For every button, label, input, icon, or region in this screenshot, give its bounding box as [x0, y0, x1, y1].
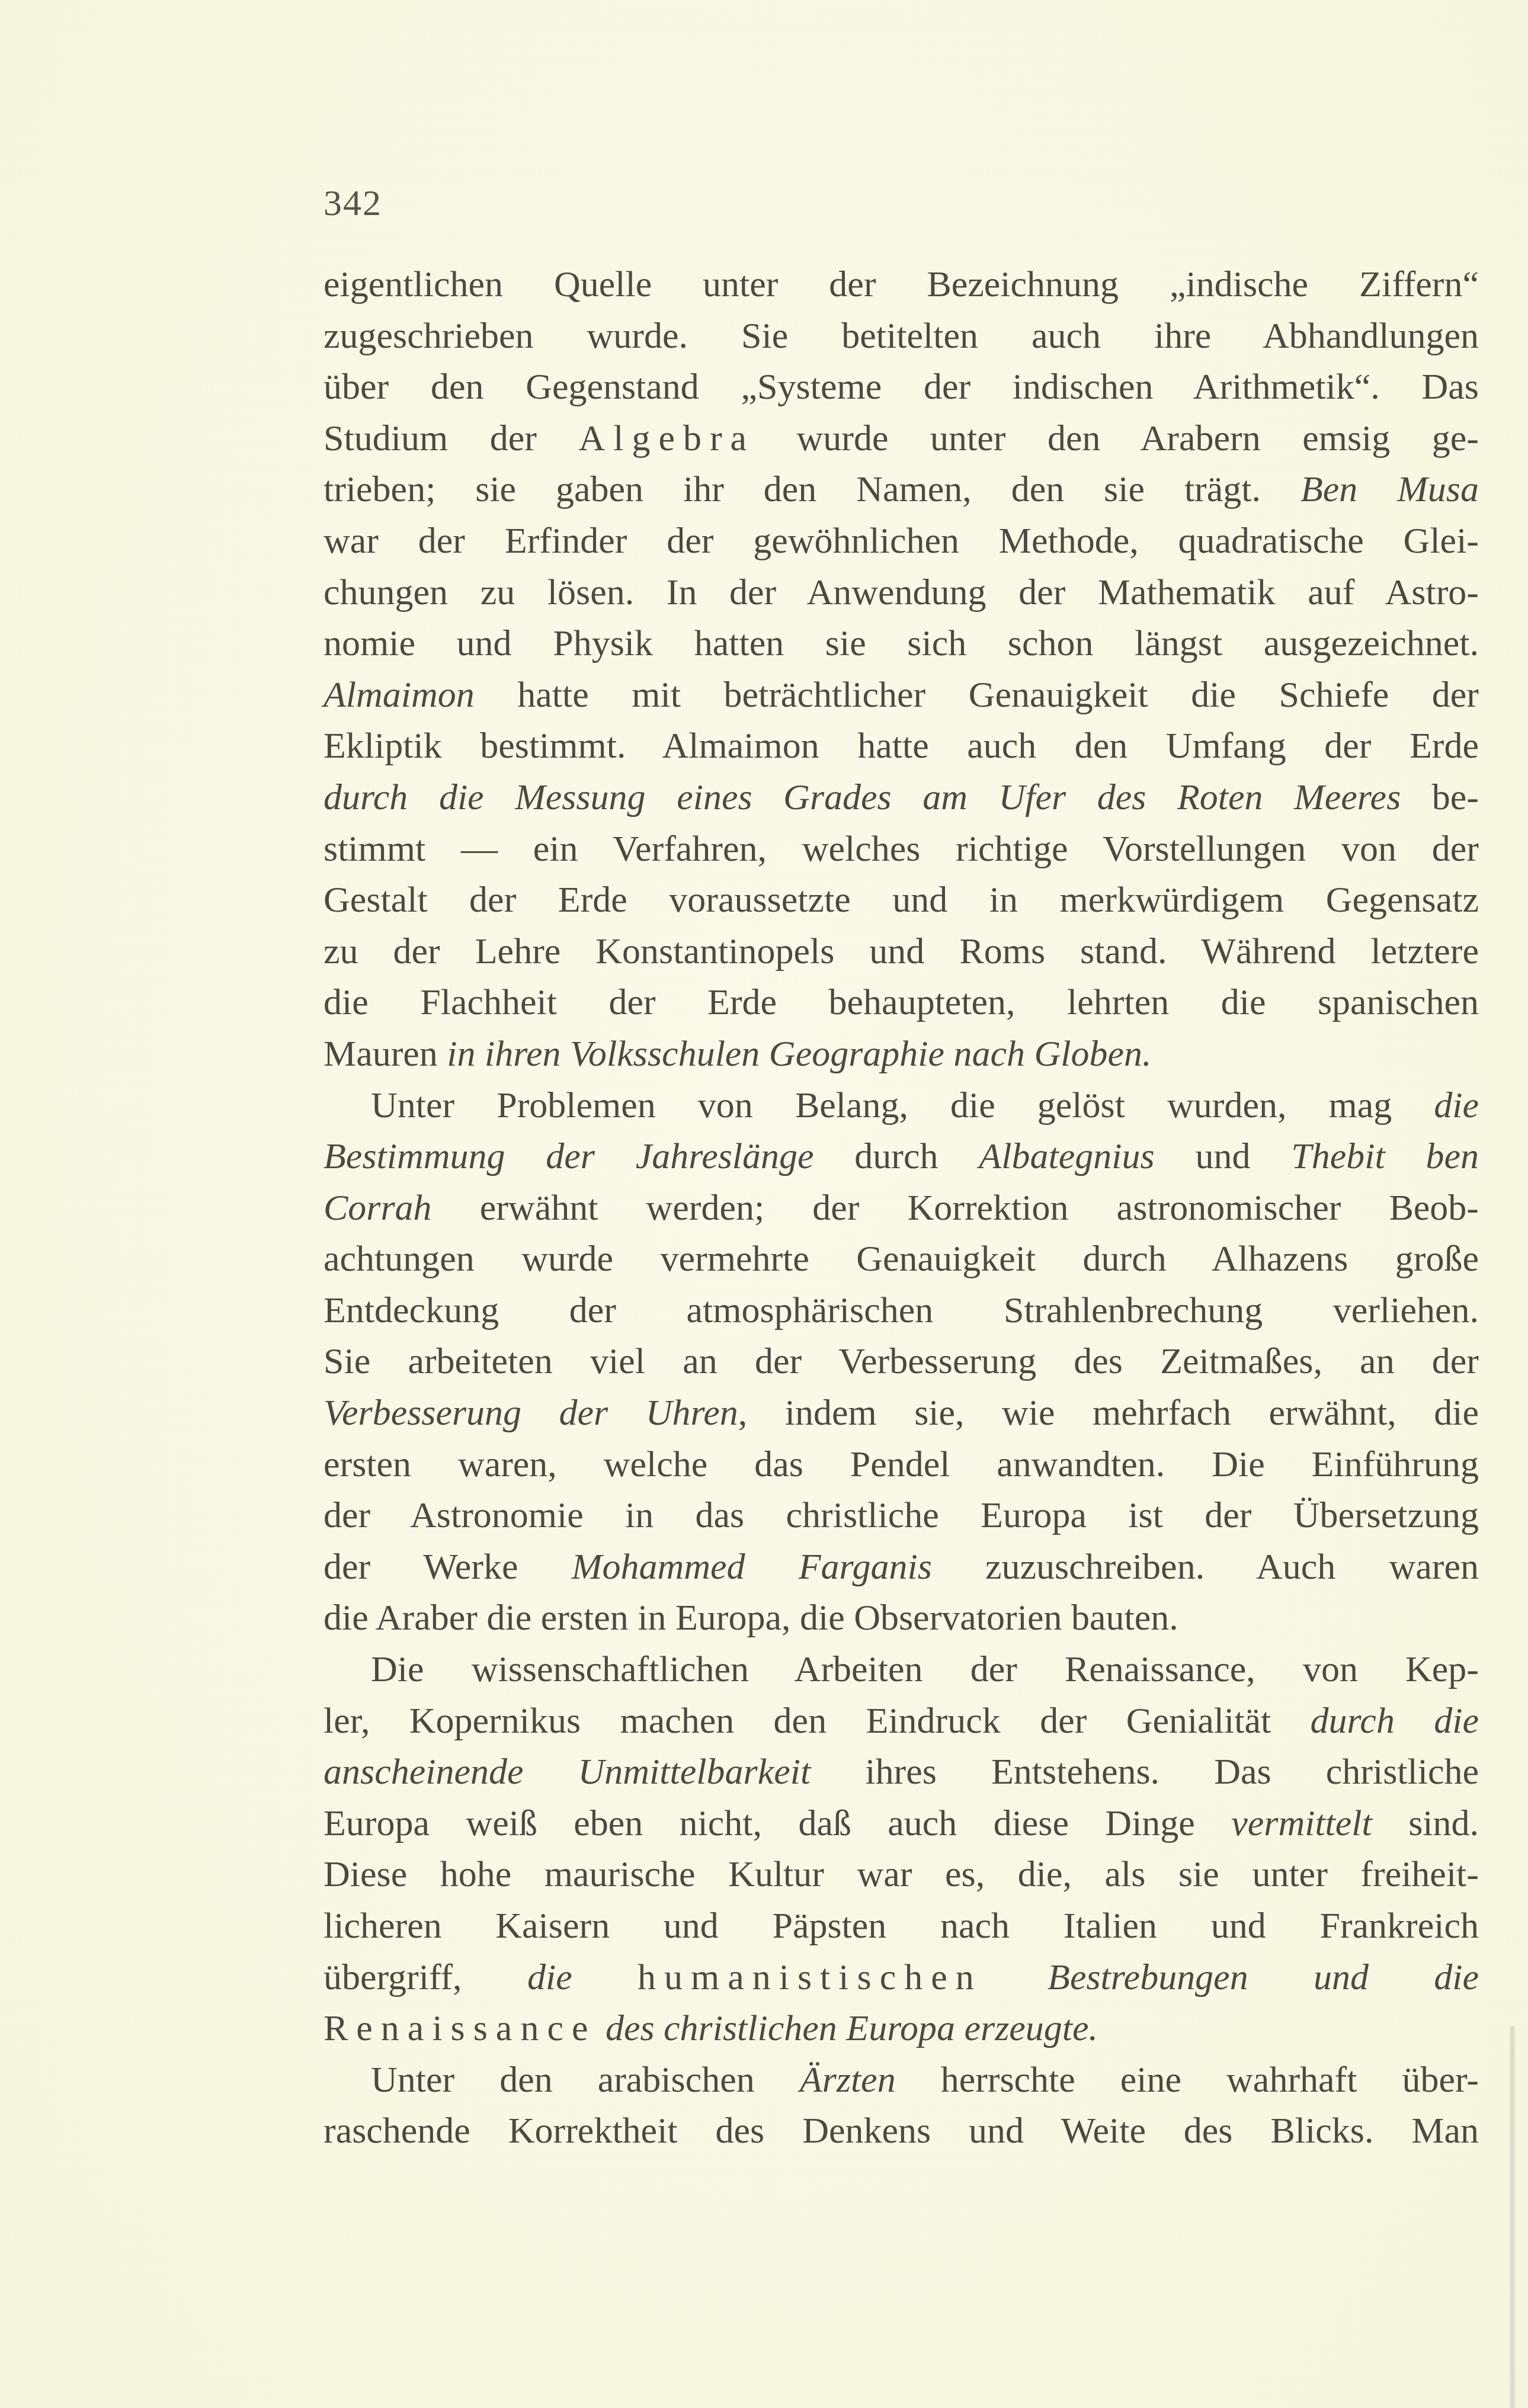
text-segment: sind. — [1372, 1803, 1479, 1843]
text-line: ler, Kopernikus machen den Eindruck der … — [323, 1695, 1479, 1747]
text-segment: Mauren — [323, 1034, 447, 1074]
text-segment: Diese hohe maurische Kultur war es, die,… — [323, 1854, 1479, 1894]
text-segment: be- — [1401, 777, 1479, 817]
text-line: Entdeckung der atmosphärischen Strahlenb… — [323, 1285, 1479, 1336]
text-segment: der Werke — [323, 1547, 572, 1587]
text-segment: ersten waren, welche das Pendel anwandte… — [323, 1444, 1479, 1484]
text-segment: Unter Problemen von Belang, die gelöst w… — [371, 1085, 1434, 1126]
text-line: raschende Korrektheit des Denkens und We… — [323, 2105, 1479, 2157]
text-line: Bestimmung der Jahreslänge durch Albateg… — [323, 1131, 1479, 1182]
italic-text: Almaimon — [323, 675, 475, 715]
text-line: Corrah erwähnt werden; der Korrektion as… — [323, 1182, 1479, 1234]
text-line: die Flachheit der Erde behaupteten, lehr… — [323, 977, 1479, 1028]
italic-text: Thebit ben — [1291, 1136, 1479, 1176]
text-line: die Araber die ersten in Europa, die Obs… — [323, 1592, 1479, 1644]
italic-text: durch die — [1311, 1701, 1479, 1741]
body-text: eigentlichen Quelle unter der Bezeichnun… — [323, 259, 1479, 2157]
page-number: 342 — [323, 185, 382, 222]
text-line: ersten waren, welche das Pendel anwandte… — [323, 1439, 1479, 1490]
text-line: Almaimon hatte mit beträchtlicher Genaui… — [323, 669, 1479, 721]
italic-text: vermittelt — [1231, 1803, 1372, 1843]
italic-text: die — [1434, 1085, 1479, 1126]
text-line: der Astronomie in das christliche Europa… — [323, 1490, 1479, 1541]
text-line: Sie arbeiteten viel an der Verbesserung … — [323, 1336, 1479, 1387]
text-segment — [572, 1957, 638, 1997]
text-line: Ekliptik bestimmt. Almaimon hatte auch d… — [323, 720, 1479, 772]
book-page: 342 eigentlichen Quelle unter der Bezeic… — [0, 0, 1528, 2408]
text-segment: herrschte eine wahrhaft über- — [896, 2060, 1479, 2100]
text-segment: Studium der — [323, 418, 578, 458]
italic-text: anscheinende Unmittelbarkeit — [323, 1752, 811, 1792]
text-line: Verbesserung der Uhren, indem sie, wie m… — [323, 1387, 1479, 1439]
text-line: eigentlichen Quelle unter der Bezeichnun… — [323, 259, 1479, 310]
text-segment: die Araber die ersten in Europa, die Obs… — [323, 1598, 1178, 1638]
italic-text: des christlichen Europa erzeugte. — [606, 2008, 1098, 2048]
text-segment — [982, 1957, 1048, 1997]
text-segment: Entdeckung der atmosphärischen Strahlenb… — [323, 1290, 1479, 1330]
text-line: Europa weiß eben nicht, daß auch diese D… — [323, 1798, 1479, 1849]
text-segment: chungen zu lösen. In der Anwendung der M… — [323, 572, 1479, 613]
text-segment: raschende Korrektheit des Denkens und We… — [323, 2111, 1479, 2151]
text-segment: war der Erfinder der gewöhnlichen Method… — [323, 521, 1479, 561]
text-line: Diese hohe maurische Kultur war es, die,… — [323, 1849, 1479, 1900]
text-line: Unter Problemen von Belang, die gelöst w… — [323, 1080, 1479, 1131]
italic-text: durch die Messung eines Grades am Ufer d… — [323, 777, 1401, 817]
text-line: Die wissenschaftlichen Arbeiten der Rena… — [323, 1644, 1479, 1695]
text-line: anscheinende Unmittelbarkeit ihres Entst… — [323, 1746, 1479, 1798]
text-line: Gestalt der Erde voraussetzte und in mer… — [323, 874, 1479, 926]
text-segment: Die wissenschaftlichen Arbeiten der Rena… — [371, 1649, 1479, 1689]
text-segment: , indem sie, wie mehrfach erwähnt, die — [738, 1393, 1479, 1433]
text-segment: licheren Kaisern und Päpsten nach Italie… — [323, 1906, 1479, 1946]
text-segment: durch — [814, 1136, 979, 1176]
text-segment: achtungen wurde vermehrte Genauigkeit du… — [323, 1239, 1479, 1279]
text-segment: der Astronomie in das christliche Europa… — [323, 1495, 1479, 1535]
text-line: durch die Messung eines Grades am Ufer d… — [323, 772, 1479, 823]
text-segment: übergriff, — [323, 1957, 527, 1997]
text-line: Studium der Algebra wurde unter den Arab… — [323, 413, 1479, 464]
italic-text: in ihren Volksschulen Geographie nach Gl… — [447, 1034, 1151, 1074]
text-line: zugeschrieben wurde. Sie betitelten auch… — [323, 310, 1479, 362]
spaced-text: Renaissance — [323, 2008, 596, 2048]
text-segment: Unter den arabischen — [371, 2060, 800, 2100]
text-segment: nomie und Physik hatten sie sich schon l… — [323, 623, 1479, 663]
text-segment: hatte mit beträchtlicher Genauigkeit die… — [475, 675, 1479, 715]
text-line: der Werke Mohammed Farganis zuzuschreibe… — [323, 1541, 1479, 1593]
italic-text: Verbesserung der Uhren — [323, 1393, 738, 1433]
text-line: war der Erfinder der gewöhnlichen Method… — [323, 515, 1479, 567]
text-segment: stimmt — ein Verfahren, welches richtige… — [323, 829, 1479, 869]
page-edge-shadow — [1510, 2026, 1516, 2408]
text-line: chungen zu lösen. In der Anwendung der M… — [323, 567, 1479, 618]
text-segment: Sie arbeiteten viel an der Verbesserung … — [323, 1341, 1479, 1381]
text-line: Unter den arabischen Ärzten herrschte ei… — [323, 2054, 1479, 2106]
text-segment: ler, Kopernikus machen den Eindruck der … — [323, 1701, 1311, 1741]
text-line: übergriff, die humanistischen Bestrebung… — [323, 1952, 1479, 2003]
text-segment: die Flachheit der Erde behaupteten, lehr… — [323, 982, 1479, 1022]
italic-text: die — [527, 1957, 572, 1997]
text-line: zu der Lehre Konstantinopels und Roms st… — [323, 926, 1479, 977]
text-segment: erwähnt werden; der Korrektion astronomi… — [432, 1188, 1479, 1228]
text-segment: zugeschrieben wurde. Sie betitelten auch… — [323, 316, 1479, 356]
text-segment — [596, 2008, 606, 2048]
text-segment: über den Gegenstand „Systeme der indisch… — [323, 367, 1479, 407]
text-segment: Ekliptik bestimmt. Almaimon hatte auch d… — [323, 726, 1479, 766]
text-line: Renaissance des christlichen Europa erze… — [323, 2003, 1479, 2054]
spaced-text: humanistischen — [638, 1957, 982, 1997]
text-line: nomie und Physik hatten sie sich schon l… — [323, 618, 1479, 669]
spaced-text: Algebra — [578, 418, 755, 458]
text-line: trieben; sie gaben ihr den Namen, den si… — [323, 464, 1479, 515]
italic-text: Ärzten — [800, 2060, 896, 2100]
text-segment: und — [1155, 1136, 1292, 1176]
text-line: Mauren in ihren Volksschulen Geographie … — [323, 1028, 1479, 1080]
text-segment: zu der Lehre Konstantinopels und Roms st… — [323, 931, 1479, 971]
text-line: über den Gegenstand „Systeme der indisch… — [323, 361, 1479, 413]
text-segment: wurde unter den Arabern emsig ge- — [755, 418, 1479, 458]
text-segment: Europa weiß eben nicht, daß auch diese D… — [323, 1803, 1231, 1843]
italic-text: Bestrebungen und die — [1048, 1957, 1479, 1997]
italic-text: Bestimmung der Jahreslänge — [323, 1136, 814, 1176]
text-line: licheren Kaisern und Päpsten nach Italie… — [323, 1900, 1479, 1952]
text-segment: zuzuschreiben. Auch waren — [932, 1547, 1479, 1587]
italic-text: Corrah — [323, 1188, 432, 1228]
italic-text: Albategnius — [979, 1136, 1154, 1176]
italic-text: Mohammed Farganis — [572, 1547, 932, 1587]
text-segment: Gestalt der Erde voraussetzte und in mer… — [323, 880, 1479, 920]
text-line: achtungen wurde vermehrte Genauigkeit du… — [323, 1233, 1479, 1285]
text-segment: trieben; sie gaben ihr den Namen, den si… — [323, 469, 1300, 509]
text-segment: eigentlichen Quelle unter der Bezeichnun… — [323, 264, 1479, 304]
text-segment: ihres Entstehens. Das christliche — [811, 1752, 1479, 1792]
italic-text: Ben Musa — [1300, 469, 1479, 509]
text-line: stimmt — ein Verfahren, welches richtige… — [323, 823, 1479, 875]
